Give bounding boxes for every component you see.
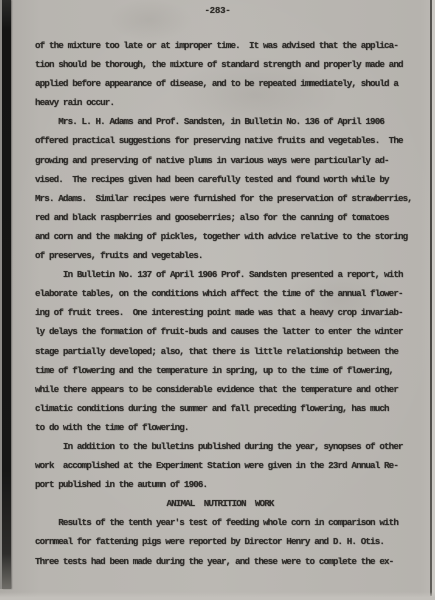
page-edge-line: [430, 0, 432, 596]
text-line: to do with the time of flowering.: [35, 418, 419, 437]
text-line: Three tests had been made during the yea…: [35, 552, 419, 571]
text-line: applied before appearance of disease, an…: [35, 74, 419, 93]
paragraph: Results of the tenth year's test of feed…: [35, 513, 419, 570]
text-line: Mrs. Adams. Similar recipes were furnish…: [35, 189, 419, 208]
text-line: stage partially developed; also, that th…: [35, 342, 419, 361]
text-line: cornmeal for fattening pigs were reporte…: [35, 532, 419, 551]
text-line: Mrs. L. H. Adams and Prof. Sandsten, in …: [35, 112, 419, 131]
text-line: work accomplished at the Experiment Stat…: [35, 456, 419, 475]
text-line: heavy rain occur.: [35, 93, 419, 112]
text-line: and corn and the making of pickles, toge…: [35, 227, 419, 246]
text-line: vised. The recipes given had been carefu…: [35, 170, 419, 189]
text-line: tion should be thorough, the mixture of …: [35, 55, 419, 74]
text-line: growing and preserving of native plums i…: [35, 151, 419, 170]
paragraph: In Bulletin No. 137 of April 1906 Prof. …: [35, 265, 419, 437]
page-bottom-edge: [0, 592, 435, 600]
book-binding-edge: [2, 0, 11, 589]
text-line: In addition to the bulletins published d…: [35, 437, 419, 456]
text-line: In Bulletin No. 137 of April 1906 Prof. …: [35, 265, 419, 284]
text-line: elaborate tables, on the conditions whic…: [35, 284, 419, 303]
document-body: of the mixture too late or at improper t…: [35, 36, 419, 571]
paragraph: Mrs. L. H. Adams and Prof. Sandsten, in …: [35, 112, 419, 265]
paragraph: of the mixture too late or at improper t…: [35, 36, 419, 112]
text-line: of preserves, fruits and vegetables.: [35, 246, 419, 265]
page-number: -283-: [0, 5, 435, 16]
text-line: Results of the tenth year's test of feed…: [35, 513, 419, 532]
text-line: of the mixture too late or at improper t…: [35, 36, 419, 55]
text-line: time of flowering and the temperature in…: [35, 361, 419, 380]
text-line: ly delays the formation of fruit-buds an…: [35, 322, 419, 341]
text-line: port published in the autumn of 1906.: [35, 475, 419, 494]
text-line: offered practical suggestions for preser…: [35, 131, 419, 150]
text-line: while there appears to be considerable e…: [35, 380, 419, 399]
paragraph: In addition to the bulletins published d…: [35, 437, 419, 494]
text-line: climatic conditions during the summer an…: [35, 399, 419, 418]
text-line: red and black raspberries and gooseberri…: [35, 208, 419, 227]
scanned-document-page: -283- of the mixture too late or at impr…: [0, 0, 435, 600]
text-line: ing of fruit trees. One interesting poin…: [35, 303, 419, 322]
section-heading: ANIMAL NUTRITION WORK: [35, 494, 419, 513]
